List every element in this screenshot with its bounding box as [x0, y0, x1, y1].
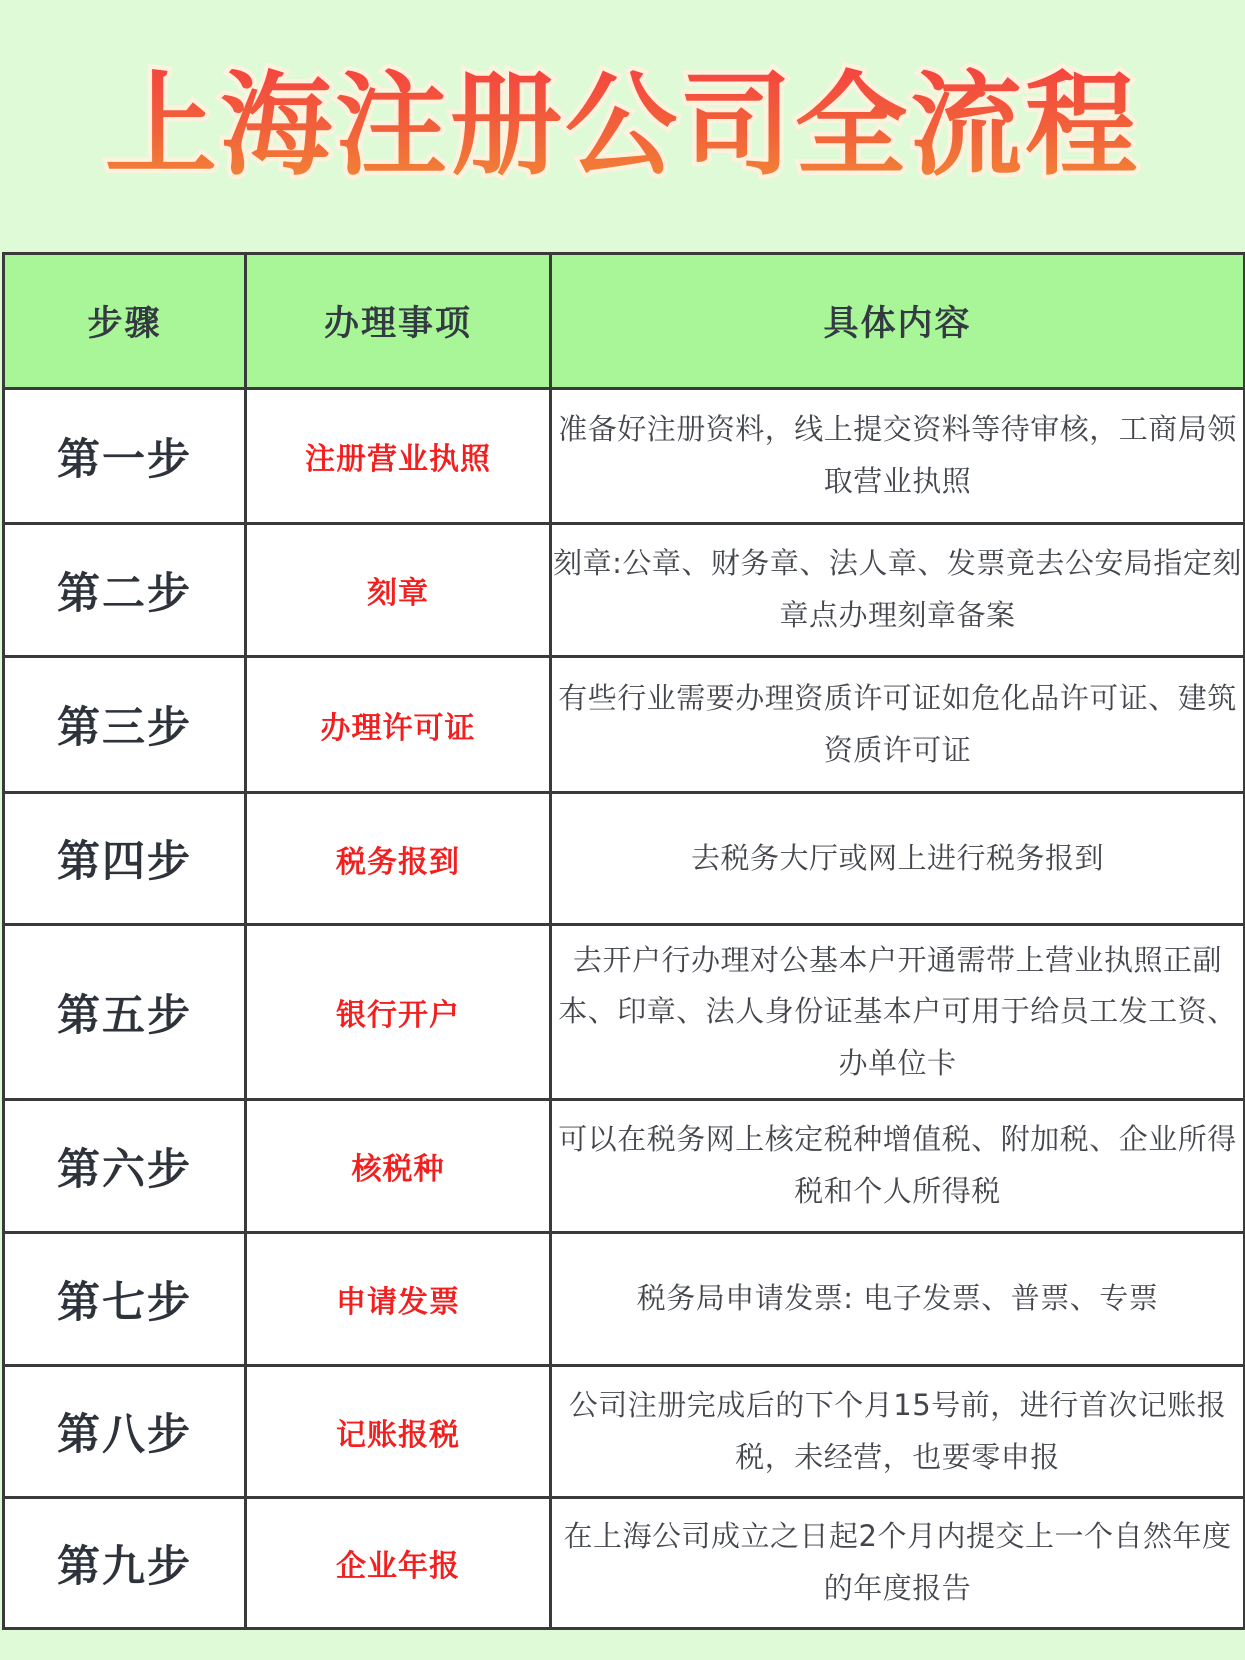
step-cell: 第四步	[4, 793, 246, 925]
table-row: 第二步 刻章 刻章:公章、财务章、法人章、发票竟去公安局指定刻章点办理刻章备案	[4, 524, 1245, 657]
header-cell-item: 办理事项	[246, 254, 551, 389]
process-table: 步骤 办理事项 具体内容 第一步 注册营业执照 准备好注册资料，线上提交资料等待…	[2, 252, 1245, 1630]
step-cell: 第一步	[4, 389, 246, 524]
step-cell: 第五步	[4, 925, 246, 1100]
table-header-row: 步骤 办理事项 具体内容	[4, 254, 1245, 389]
table-row: 第七步 申请发票 税务局申请发票: 电子发票、普票、专票	[4, 1233, 1245, 1366]
content-cell: 去税务大厅或网上进行税务报到	[551, 793, 1245, 925]
step-cell: 第七步	[4, 1233, 246, 1366]
step-cell: 第九步	[4, 1498, 246, 1629]
title-banner: 上海注册公司全流程 上海注册公司全流程	[0, 0, 1245, 252]
table-row: 第八步 记账报税 公司注册完成后的下个月15号前，进行首次记账报税，未经营，也要…	[4, 1366, 1245, 1498]
header-cell-content: 具体内容	[551, 254, 1245, 389]
item-cell: 申请发票	[246, 1233, 551, 1366]
table-row: 第五步 银行开户 去开户行办理对公基本户开通需带上营业执照正副本、印章、法人身份…	[4, 925, 1245, 1100]
table-row: 第四步 税务报到 去税务大厅或网上进行税务报到	[4, 793, 1245, 925]
content-cell: 去开户行办理对公基本户开通需带上营业执照正副本、印章、法人身份证基本户可用于给员…	[551, 925, 1245, 1100]
table-row: 第一步 注册营业执照 准备好注册资料，线上提交资料等待审核，工商局领取营业执照	[4, 389, 1245, 524]
step-cell: 第二步	[4, 524, 246, 657]
content-cell: 可以在税务网上核定税种增值税、附加税、企业所得税和个人所得税	[551, 1100, 1245, 1233]
table-row: 第九步 企业年报 在上海公司成立之日起2个月内提交上一个自然年度的年度报告	[4, 1498, 1245, 1629]
step-cell: 第八步	[4, 1366, 246, 1498]
item-cell: 刻章	[246, 524, 551, 657]
item-cell: 税务报到	[246, 793, 551, 925]
step-cell: 第三步	[4, 657, 246, 793]
header-cell-step: 步骤	[4, 254, 246, 389]
content-cell: 有些行业需要办理资质许可证如危化品许可证、建筑资质许可证	[551, 657, 1245, 793]
table-row: 第三步 办理许可证 有些行业需要办理资质许可证如危化品许可证、建筑资质许可证	[4, 657, 1245, 793]
table-row: 第六步 核税种 可以在税务网上核定税种增值税、附加税、企业所得税和个人所得税	[4, 1100, 1245, 1233]
content-cell: 准备好注册资料，线上提交资料等待审核，工商局领取营业执照	[551, 389, 1245, 524]
content-cell: 税务局申请发票: 电子发票、普票、专票	[551, 1233, 1245, 1366]
item-cell: 注册营业执照	[246, 389, 551, 524]
item-cell: 办理许可证	[246, 657, 551, 793]
content-cell: 公司注册完成后的下个月15号前，进行首次记账报税，未经营，也要零申报	[551, 1366, 1245, 1498]
item-cell: 企业年报	[246, 1498, 551, 1629]
item-cell: 核税种	[246, 1100, 551, 1233]
item-cell: 记账报税	[246, 1366, 551, 1498]
item-cell: 银行开户	[246, 925, 551, 1100]
step-cell: 第六步	[4, 1100, 246, 1233]
page-title: 上海注册公司全流程	[105, 61, 1140, 191]
content-cell: 刻章:公章、财务章、法人章、发票竟去公安局指定刻章点办理刻章备案	[551, 524, 1245, 657]
content-cell: 在上海公司成立之日起2个月内提交上一个自然年度的年度报告	[551, 1498, 1245, 1629]
